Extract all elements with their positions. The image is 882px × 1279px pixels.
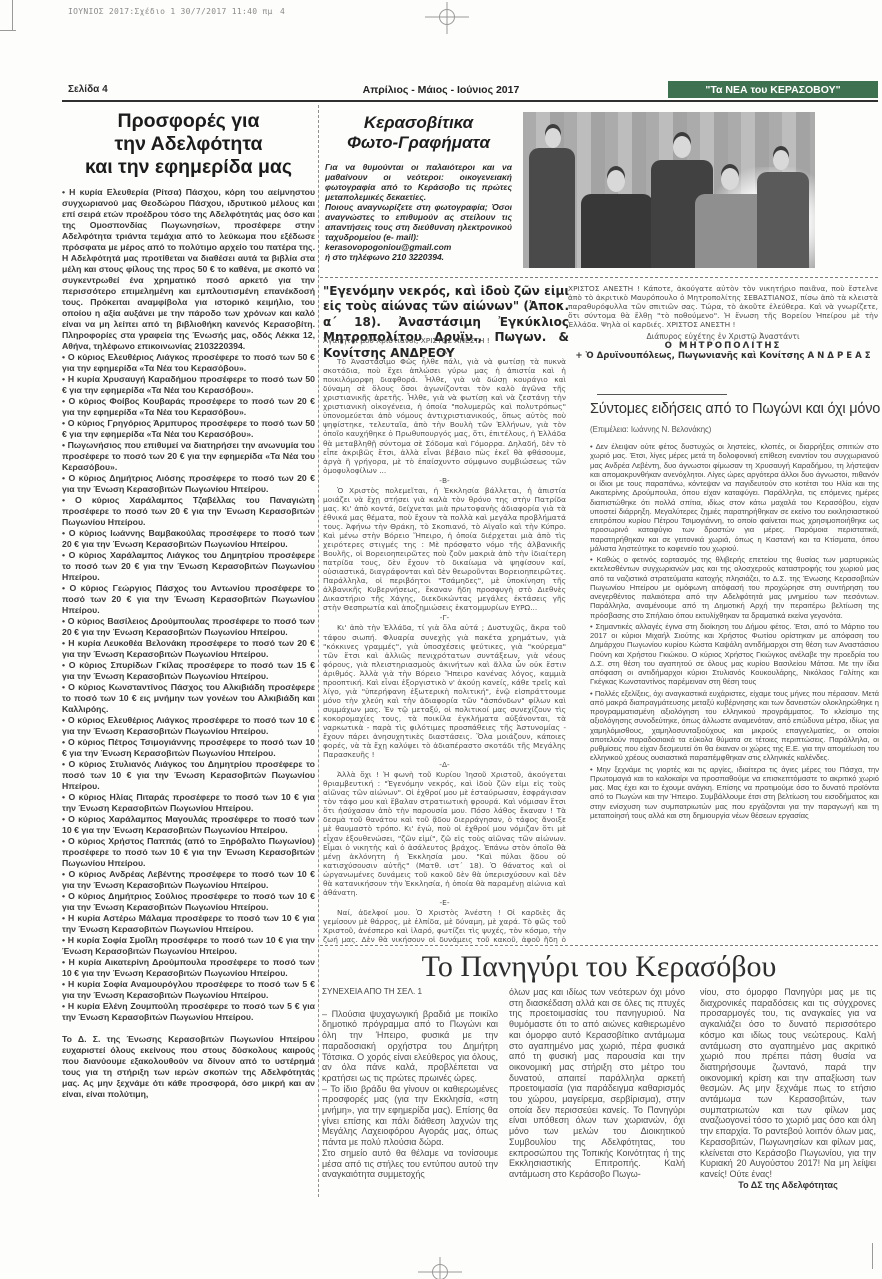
- photo-figure: [757, 172, 809, 268]
- festival-title: Το Πανηγύρι του Κερασόβου: [320, 950, 878, 984]
- encyclical-section: -Ε- Ναί, ἀδελφοί μου. Ὁ Χριστὸς Ἀνέστη !…: [323, 898, 566, 944]
- donation-item: • Ο κύριος Γεώργιος Πάσχος του Αντωνίου …: [62, 583, 315, 616]
- encyclical-section-label: -Ε-: [323, 898, 566, 907]
- donation-item: • Ο κύριος Δημήτριος Λιόσης προσέφερε το…: [62, 473, 315, 495]
- encyclical-section-label: -Α-: [323, 347, 566, 356]
- photo-face: [773, 150, 789, 170]
- donation-item: • Ο κύριος Πέτρος Τσιμογιάννης προσέφερε…: [62, 737, 315, 759]
- print-stamp: ΙΟΥΝΙΟΣ 2017:Σχέδιο 1 30/7/2017 11:40 πμ: [68, 7, 273, 16]
- donation-item: • Η κυρία Σοφία Αναμουρόγλου προσέφερε τ…: [62, 979, 315, 1001]
- news-item: • Μην ξεχνάμε τις γιορτές και τις αργίες…: [590, 765, 879, 821]
- encyclical-section-label: -Γ-: [323, 613, 566, 622]
- donation-item: • Η κυρία Χρυσαυγή Καραδήμου προσέφερε τ…: [62, 374, 315, 396]
- donation-item: • Ο κύριος Χρήστος Παππάς (από το Ξηρόβα…: [62, 836, 315, 869]
- encyclical-section: -Γ- Κι' ἀπὸ τὴν Ἑλλάδα, τί γιὰ ὅλα αὐτά …: [323, 613, 566, 759]
- encyclical-continuation: ΧΡΙΣΤΟΣ ΑΝΕΣΤΗ ! Κάποτε, ἀκούγατε αὐτὸν …: [568, 284, 878, 329]
- donations-list: • Η κυρία Ελευθερία (Ρίτσα) Πάσχου, κόρη…: [62, 187, 315, 1023]
- festival-col2: όλων μας και ιδίως των νεότερων όχι μόνο…: [509, 987, 685, 1202]
- encyclical-signoff-line: + Ὁ Δρυϊνουπόλεως, Πωγωνιανῆς καὶ Κονίτσ…: [568, 352, 878, 361]
- photo-figure: [581, 194, 653, 268]
- festival-signature: Το ΔΣ της Αδελφότητας: [700, 1180, 876, 1191]
- masthead: "Τα ΝΕΑ του ΚΕΡΑΣΟΒΟΥ": [668, 81, 878, 98]
- crop-tick-left-vertical: [12, 0, 13, 30]
- donation-item: • Ο κύριος Βασίλειος Δρούμπουλας προσέφε…: [62, 616, 315, 638]
- crop-mark-top: [425, 0, 469, 36]
- donation-item: • Ο κύριος Κωνσταντίνος Πάσχος του Αλκιβ…: [62, 682, 315, 715]
- photo-face: [721, 168, 739, 190]
- donation-item: • Η κυρία Λευκοθέα Βελονάκη προσέφερε το…: [62, 638, 315, 660]
- column-divider-dashed: [318, 105, 319, 1197]
- encyclical-section: -Δ- Ἀλλὰ ὄχι ! Ἡ φωνὴ τοῦ Κυρίου Ἰησοῦ Χ…: [323, 760, 566, 897]
- news-item: • Σημαντικές αλλαγές έγινα στη διοίκηση …: [590, 622, 879, 687]
- festival-col1: ΣΥΝΕΧΕΙΑ ΑΠΟ ΤΗ ΣΕΛ. 1 – Πλούσια ψυχαγωγ…: [322, 987, 498, 1202]
- donation-item: • Ο κύριος Ηλίας Πιταράς προσέφερε το πο…: [62, 792, 315, 814]
- encyclical-signoff-line: Ο ΜΗΤΡΟΠΟΛΙΤΗΣ: [568, 342, 878, 351]
- encyclical-section-text: Ναί, ἀδελφοί μου. Ὁ Χριστὸς Ἀνέστη ! Οἱ …: [323, 908, 566, 944]
- encyclical-section-text: Ἀλλὰ ὄχι ! Ἡ φωνὴ τοῦ Κυρίου Ἰησοῦ Χριστ…: [323, 770, 566, 897]
- donation-item: • Ο κύριος Στυλιανός Λιάγκος του Δημητρί…: [62, 759, 315, 792]
- donations-column: Προσφορές για την Αδελφότητα και την εφη…: [62, 110, 315, 1200]
- donation-item: • Πωγωνήσιος που επιθυμεί να διατηρήσει …: [62, 440, 315, 473]
- news-briefs-list: • Δεν έλειψαν ούτε φέτος δυστυχώς οι λησ…: [590, 442, 879, 942]
- donation-item: • Ο κύριος Σπυρίδων Γκίλας προσέφερε το …: [62, 660, 315, 682]
- crop-tick-left-horizontal: [0, 30, 16, 31]
- festival-paragraph: – Το ίδιο βράδυ θα γίνουν οι καθιερωμένε…: [322, 1084, 498, 1148]
- donation-item: • Ο κύριος Γρηγόριος Άρμπυρος προσέφερε …: [62, 418, 315, 440]
- encyclical-section-label: -Δ-: [323, 760, 566, 769]
- news-item: • Δεν έλειψαν ούτε φέτος δυστυχώς οι λησ…: [590, 442, 879, 553]
- continued-from-note: ΣΥΝΕΧΕΙΑ ΑΠΟ ΤΗ ΣΕΛ. 1: [322, 987, 498, 998]
- print-stamp-page-number: 4: [280, 7, 285, 16]
- encyclical-signoff-line: Διάπυρος εὐχέτης ἐν Χριστῷ Ἀναστάντι: [568, 332, 878, 341]
- photo-feature-text: Για να θυμούνται οι παλαιότεροι και να μ…: [325, 162, 512, 262]
- donation-item: • Ο κύριος Χαράλαμπος Τζαβέλλας του Πανα…: [62, 495, 315, 528]
- newspaper-page: { "colors": {"masthead_bg": "#3e7150", "…: [0, 0, 882, 1279]
- crop-tick-bottom-right: [872, 1243, 873, 1269]
- festival-paragraph: όλων μας και ιδίως των νεότερων όχι μόνο…: [509, 987, 685, 1180]
- donation-item: • Ο κύριος Χαράλαμπος Λιάγκος του Δημητρ…: [62, 550, 315, 583]
- encyclical-section-label: -Β-: [323, 476, 566, 485]
- photo-feature-title: Κερασοβίτικα Φωτο-Γραφήματα: [325, 113, 512, 154]
- encyclical-salutation: Ἀγαπητοί μου Χριστιανοί, ΧΡΙΣΤΟΣ ΑΝΕΣΤΗ …: [323, 336, 566, 345]
- donation-item: • Η κυρία Αικατερίνη Δρούμπουλα προσέφερ…: [62, 957, 315, 979]
- news-item: • Πολλές εξελίξεις, όχι αναγκαστικά ευχά…: [590, 689, 879, 763]
- festival-paragraph: – Πλούσια ψυχαγωγική βραδιά με ποικίλο δ…: [322, 1009, 498, 1084]
- donation-item: • Ο κύριος Χαράλαμπος Μαγουλάς προσέφερε…: [62, 814, 315, 836]
- donations-title: Προσφορές για την Αδελφότητα και την εφη…: [62, 110, 315, 178]
- news-briefs-byline: (Επιμέλεια: Ιωάννης Ν. Βελονάκης): [590, 425, 711, 434]
- news-item: • Καθώς ο φετινός εορτασμός της θλιβερής…: [590, 555, 879, 620]
- donation-item: • Η κυρία Σοφία Σμοΐλη προσέφερε το ποσό…: [62, 935, 315, 957]
- donation-item: • Η κυρία Ελευθερία (Ρίτσα) Πάσχου, κόρη…: [62, 187, 315, 352]
- donation-item: • Η κυρία Αστέρω Μάλαμα προσέφερε το ποσ…: [62, 913, 315, 935]
- photo-feature-paragraph: Ποιους αναγνωρίζετε στη φωτογραφία; Όσοι…: [325, 202, 512, 242]
- donation-item: • Η κυρία Ελένη Ζουμπούλη προσέφερε το π…: [62, 1001, 315, 1023]
- photo-feature: Κερασοβίτικα Φωτο-Γραφήματα Για να θυμού…: [325, 113, 512, 262]
- festival-paragraph: νίου, στο όμορφο Πανηγύρι μας με τις δια…: [700, 987, 876, 1180]
- encyclical-section-text: Τὸ Ἀναστάσιμο Φῶς ἦλθε πάλι, γιὰ νὰ φωτί…: [323, 357, 566, 475]
- photo-feature-paragraph: Για να θυμούνται οι παλαιότεροι και να μ…: [325, 162, 512, 202]
- family-photo: [523, 112, 815, 268]
- photo-feature-paragraph: ή στο τηλέφωνο 210 3220394.: [325, 252, 512, 262]
- encyclical-signoff: Διάπυρος εὐχέτης ἐν Χριστῷ ἈναστάντιΟ ΜΗ…: [568, 332, 878, 361]
- photo-face: [673, 136, 691, 158]
- donation-item: • Ο κύριος Φοίβος Κουβαράς προσέφερε το …: [62, 396, 315, 418]
- section-divider-dashed: [320, 277, 878, 278]
- encyclical-section-text: Κι' ἀπὸ τὴν Ἑλλάδα, τί γιὰ ὅλα αὐτά ; Δυ…: [323, 623, 566, 759]
- festival-divider-dashed: [320, 945, 878, 946]
- signoff-rule: [597, 394, 727, 395]
- encyclical-body-col1: Ἀγαπητοί μου Χριστιανοί, ΧΡΙΣΤΟΣ ΑΝΕΣΤΗ …: [323, 336, 566, 944]
- photo-face: [545, 128, 561, 148]
- photo-face: [607, 170, 625, 192]
- photo-feature-paragraph: kerasovopogoniou@gmail.com: [325, 242, 512, 252]
- encyclical-section: -Β- Ὁ Χριστὸς πολεμεῖται, ἡ Ἐκκλησία βάλ…: [323, 476, 566, 613]
- donation-item: • Ο κύριος Δημήτριος Σούλιος προσέφερε τ…: [62, 891, 315, 913]
- photo-figure: [529, 148, 575, 268]
- encyclical-section-text: Ὁ Χριστὸς πολεμεῖται, ἡ Ἐκκλησία βάλλετα…: [323, 486, 566, 613]
- festival-paragraph: Στο σημείο αυτό θα θέλαμε να τονίσουμε μ…: [322, 1148, 498, 1180]
- crop-mark-bottom: [418, 1253, 462, 1279]
- news-briefs-title: Σύντομες ειδήσεις από το Πωγώνι και όχι …: [590, 401, 880, 417]
- festival-col3: νίου, στο όμορφο Πανηγύρι μας με τις δια…: [700, 987, 876, 1202]
- donation-item: • Ο κύριος Ελευθέριος Λιάγκος προσέφερε …: [62, 352, 315, 374]
- donations-closing: Το Δ. Σ. της Ένωσης Κερασοβιτών Πωγωνίου…: [62, 1034, 315, 1100]
- header-rule: [62, 100, 878, 102]
- donation-item: • Ο κύριος Ιωάννης Βαμβακούλας προσέφερε…: [62, 528, 315, 550]
- encyclical-body-col2: ΧΡΙΣΤΟΣ ΑΝΕΣΤΗ ! Κάποτε, ἀκούγατε αὐτὸν …: [568, 284, 878, 392]
- donation-item: • Ο κύριος Ελευθέριος Λιάγκος προσέφερε …: [62, 715, 315, 737]
- donation-item: • Ο κύριος Ανδρέας Λεβέντης προσέφερε το…: [62, 869, 315, 891]
- encyclical-section: -Α- Τὸ Ἀναστάσιμο Φῶς ἦλθε πάλι, γιὰ νὰ …: [323, 347, 566, 475]
